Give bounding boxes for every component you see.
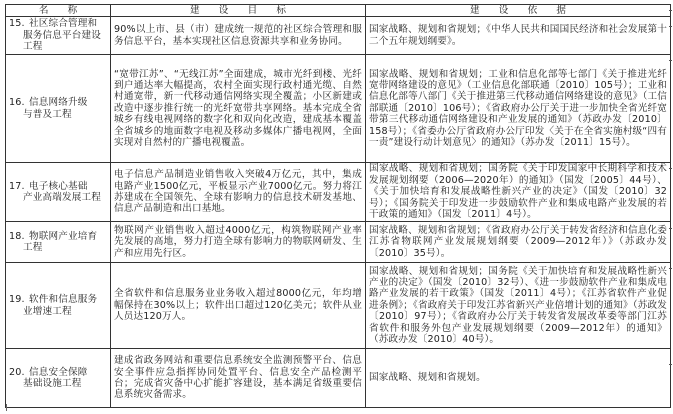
project-name-line1: 物联网产业培育 bbox=[29, 231, 97, 242]
text-cursor bbox=[6, 404, 7, 411]
row-end-marker bbox=[669, 168, 672, 169]
project-name-line1: 社区综合管理和 bbox=[29, 18, 97, 29]
table-row: 17.电子核心基础产业高端发展工程 电子信息产品制造业销售收入突破4万亿元，其中… bbox=[6, 163, 671, 222]
row-end-marker bbox=[669, 26, 672, 27]
table-row: 15.社区综合管理和服务信息平台建设工程 90%以上市、县（市）建成统一规范的社… bbox=[6, 17, 671, 55]
project-name-line1: 信息网络升级 bbox=[29, 97, 87, 108]
project-goal-cell: 建成省政务网站和重要信息系统安全监测预警平台、信息安全事件应急指挥协同处置平台、… bbox=[111, 349, 366, 408]
project-basis-cell: 国家战略、规划和省规划；国务院《关于印发国家中长期科学和技术发展规划纲要（200… bbox=[366, 163, 671, 222]
header-goal: 建 设 目 标 bbox=[111, 5, 366, 17]
project-basis-cell: 国家战略、规划和省规划；国务院《关于加快培育和发展战略性新兴产业的决定》（国发〔… bbox=[366, 263, 671, 349]
header-name: 名 称 bbox=[6, 5, 111, 17]
project-name-line1: 电子核心基础 bbox=[29, 181, 87, 192]
project-goal-cell: 物联网产业销售收入超过4000亿元，构筑物联网产业率先发展的高地，努力打造全球有… bbox=[111, 222, 366, 263]
project-number: 19. bbox=[9, 294, 29, 305]
project-name-rest: 产业高端发展工程 bbox=[9, 192, 107, 203]
project-basis-cell: 国家战略、规划和省规划；《中华人民共和国国民经济和社会发展第十二个五年规划纲要》… bbox=[366, 17, 671, 55]
table-row: 19.软件和信息服务业增速工程 全省软件和信息服务业业务收入超过8000亿元，年… bbox=[6, 263, 671, 349]
project-name-cell: 17.电子核心基础产业高端发展工程 bbox=[6, 163, 111, 222]
project-basis-cell: 国家战略、规划和省规划。 bbox=[366, 349, 671, 408]
row-end-marker bbox=[669, 228, 672, 229]
project-goal-cell: 电子信息产品制造业销售收入突破4万亿元，其中，集成电路产业1500亿元，平板显示… bbox=[111, 163, 366, 222]
project-name-cell: 18.物联网产业培育工程 bbox=[6, 222, 111, 263]
project-goal-cell: 全省软件和信息服务业业务收入超过8000亿元，年均增幅保持在30%以上；软件出口… bbox=[111, 263, 366, 349]
table-row: 20.信息安全保障基础设施工程 建成省政务网站和重要信息系统安全监测预警平台、信… bbox=[6, 349, 671, 408]
row-end-marker bbox=[669, 364, 672, 365]
table-row: 16.信息网络升级与普及工程 “宽带江苏”、“无线江苏”全面建成，城市光纤到楼、… bbox=[6, 55, 671, 163]
project-name-line1: 信息安全保障 bbox=[29, 367, 87, 378]
row-end-marker bbox=[669, 10, 672, 11]
project-number: 18. bbox=[9, 231, 29, 242]
row-end-marker bbox=[669, 60, 672, 61]
project-name-rest: 工程 bbox=[9, 242, 107, 253]
project-name-rest: 与普及工程 bbox=[9, 109, 107, 120]
project-name-cell: 16.信息网络升级与普及工程 bbox=[6, 55, 111, 163]
project-number: 15. bbox=[9, 18, 29, 29]
table-row: 18.物联网产业培育工程 物联网产业销售收入超过4000亿元，构筑物联网产业率先… bbox=[6, 222, 671, 263]
project-goal-cell: 90%以上市、县（市）建成统一规范的社区综合管理和服务信息平台，基本实现社区信息… bbox=[111, 17, 366, 55]
project-basis-cell: 国家战略、规划和省规划；《省政府办公厅关于转发省经济和信息化委江苏省物联网产业发… bbox=[366, 222, 671, 263]
project-basis-cell: 国家战略、规划和省规划；工业和信息化部等七部门《关于推进光纤宽带网络建设的意见》… bbox=[366, 55, 671, 163]
project-name-cell: 20.信息安全保障基础设施工程 bbox=[6, 349, 111, 408]
project-number: 16. bbox=[9, 97, 29, 108]
project-name-line1: 软件和信息服务 bbox=[29, 294, 97, 305]
row-end-marker bbox=[669, 268, 672, 269]
project-number: 17. bbox=[9, 181, 29, 192]
project-name-rest: 服务信息平台建设工程 bbox=[9, 30, 107, 53]
project-goal-cell: “宽带江苏”、“无线江苏”全面建成，城市光纤到楼、光纤到户通达率大幅提高，农村全… bbox=[111, 55, 366, 163]
project-name-cell: 19.软件和信息服务业增速工程 bbox=[6, 263, 111, 349]
project-name-rest: 业增速工程 bbox=[9, 306, 107, 317]
project-name-cell: 15.社区综合管理和服务信息平台建设工程 bbox=[6, 17, 111, 55]
project-name-rest: 基础设施工程 bbox=[9, 378, 107, 389]
project-number: 20. bbox=[9, 367, 29, 378]
planning-table: 名 称 建 设 目 标 建 设 依 据 15.社区综合管理和服务信息平台建设工程… bbox=[5, 4, 671, 408]
table-header-row: 名 称 建 设 目 标 建 设 依 据 bbox=[6, 5, 671, 17]
header-basis: 建 设 依 据 bbox=[366, 5, 671, 17]
